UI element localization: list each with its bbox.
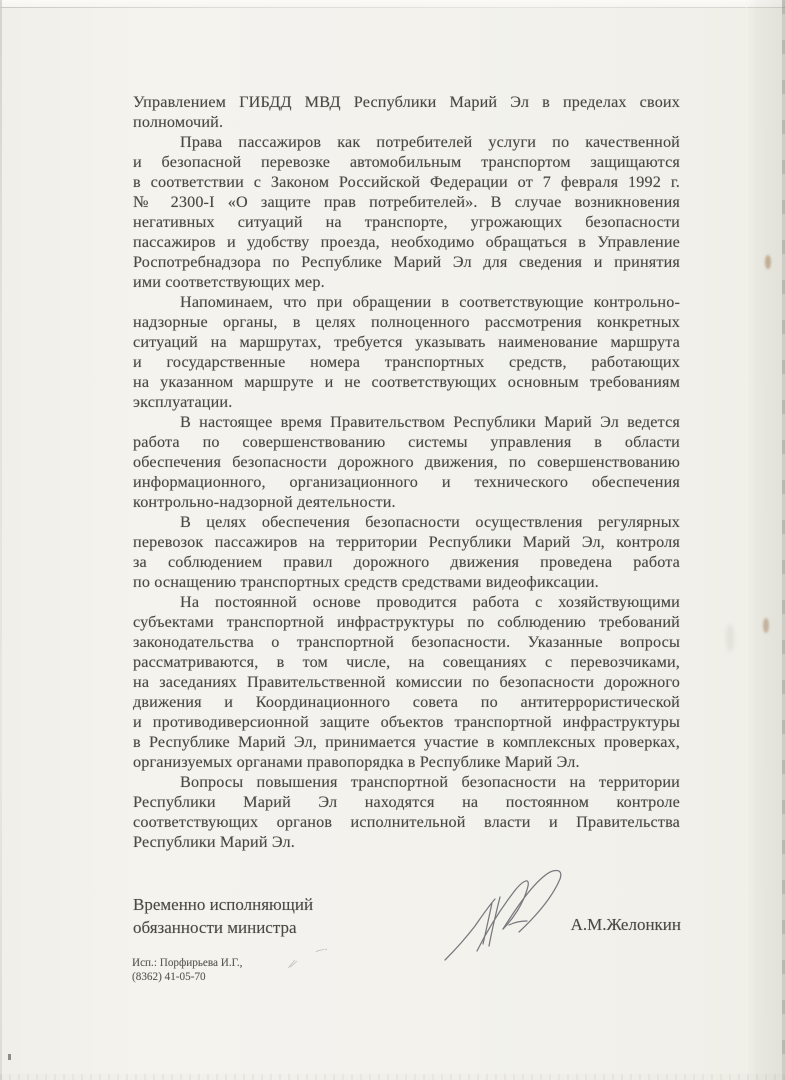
text-line: Вопросы повышения транспортной безопасно… [133, 772, 680, 792]
scan-right-shadow [746, 0, 785, 1080]
text-line: эксплуатации. [133, 392, 680, 412]
paragraph: Управлением ГИБДД МВД Республики Марий Э… [133, 92, 680, 132]
text-line: и государственные номера транспортных ср… [133, 352, 680, 372]
scan-top-line [0, 7, 785, 8]
text-line: Роспотребнадзора по Республике Марий Эл … [133, 252, 680, 272]
pencil-mark [287, 956, 299, 966]
letter-body: Управлением ГИБДД МВД Республики Марий Э… [133, 92, 680, 852]
scan-top-edge [0, 0, 785, 7]
scan-left-edge [0, 0, 2, 1080]
text-line: Напоминаем, что при обращении в соответс… [133, 292, 680, 312]
text-line: надзорные органы, в целях полноценного р… [133, 312, 680, 332]
text-line: информационного, организационного и техн… [133, 472, 680, 492]
text-line: субъектами транспортной инфраструктуры п… [133, 612, 680, 632]
text-line: № 2300-I «О защите прав потребителей». В… [133, 192, 680, 212]
paper-speck [8, 1054, 11, 1060]
text-line: соответствующих органов исполнительной в… [133, 812, 680, 832]
text-line: в Республике Марий Эл, принимается участ… [133, 732, 680, 752]
signer-position-line-1: Временно исполняющий [133, 894, 313, 917]
signer-name: А.М.Желонкин [557, 915, 681, 935]
paragraph: Напоминаем, что при обращении в соответс… [133, 292, 680, 412]
text-line: по оснащению транспортных средств средст… [133, 572, 680, 592]
paragraph: В целях обеспечения безопасности осущест… [133, 512, 680, 592]
executor-note: Исп.: Порфирьева И.Г., (8362) 41-05-70 [132, 957, 242, 984]
text-line: организуемых органами правопорядка в Рес… [133, 752, 680, 772]
handwritten-signature-icon [425, 855, 585, 970]
text-line: на указанном маршруте и не соответствующ… [133, 372, 680, 392]
scanned-letter-page: Управлением ГИБДД МВД Республики Марий Э… [0, 0, 785, 1080]
pencil-mark [315, 941, 328, 948]
text-line: ситуаций на маршрутах, требуется указыва… [133, 332, 680, 352]
text-line: контрольно-надзорной деятельности. [133, 492, 680, 512]
signer-position: Временно исполняющий обязанности министр… [133, 894, 313, 939]
text-line: обеспечения безопасности дорожного движе… [133, 452, 680, 472]
scan-bottom-noise [0, 1074, 785, 1080]
paper-smudge [726, 624, 734, 652]
text-line: законодательства о транспортной безопасн… [133, 632, 680, 652]
text-line: полномочий. [133, 112, 680, 132]
text-line: рассматриваются, в том числе, на совещан… [133, 652, 680, 672]
signer-position-line-2: обязанности министра [133, 917, 313, 940]
text-line: ими соответствующих мер. [133, 272, 680, 292]
paragraph: Права пассажиров как потребителей услуги… [133, 132, 680, 292]
text-line: работа по совершенствованию системы упра… [133, 432, 680, 452]
executor-phone-line: (8362) 41-05-70 [132, 971, 242, 985]
text-line: пассажиров и удобству проезда, необходим… [133, 232, 680, 252]
text-line: и безопасной перевозке автомобильным тра… [133, 152, 680, 172]
text-line: на заседаниях Правительственной комиссии… [133, 672, 680, 692]
text-line: Права пассажиров как потребителей услуги… [133, 132, 680, 152]
paragraph: В настоящее время Правительством Республ… [133, 412, 680, 512]
text-line: негативных ситуаций на транспорте, угрож… [133, 212, 680, 232]
text-line: в соответствии с Законом Российской Феде… [133, 172, 680, 192]
text-line: Республики Марий Эл. [133, 832, 680, 852]
executor-name-line: Исп.: Порфирьева И.Г., [132, 957, 242, 971]
paragraph: Вопросы повышения транспортной безопасно… [133, 772, 680, 852]
text-line: перевозок пассажиров на территории Респу… [133, 532, 680, 552]
text-line: за соблюдением правил дорожного движения… [133, 552, 680, 572]
text-line: Управлением ГИБДД МВД Республики Марий Э… [133, 92, 680, 112]
text-line: движения и Координационного совета по ан… [133, 692, 680, 712]
text-line: В целях обеспечения безопасности осущест… [133, 512, 680, 532]
text-line: и противодиверсионной защите объектов тр… [133, 712, 680, 732]
text-line: На постоянной основе проводится работа с… [133, 592, 680, 612]
paragraph: На постоянной основе проводится работа с… [133, 592, 680, 772]
text-line: В настоящее время Правительством Республ… [133, 412, 680, 432]
paper-stain [763, 618, 769, 633]
paper-stain [765, 255, 771, 269]
text-line: Республики Марий Эл находятся на постоян… [133, 792, 680, 812]
